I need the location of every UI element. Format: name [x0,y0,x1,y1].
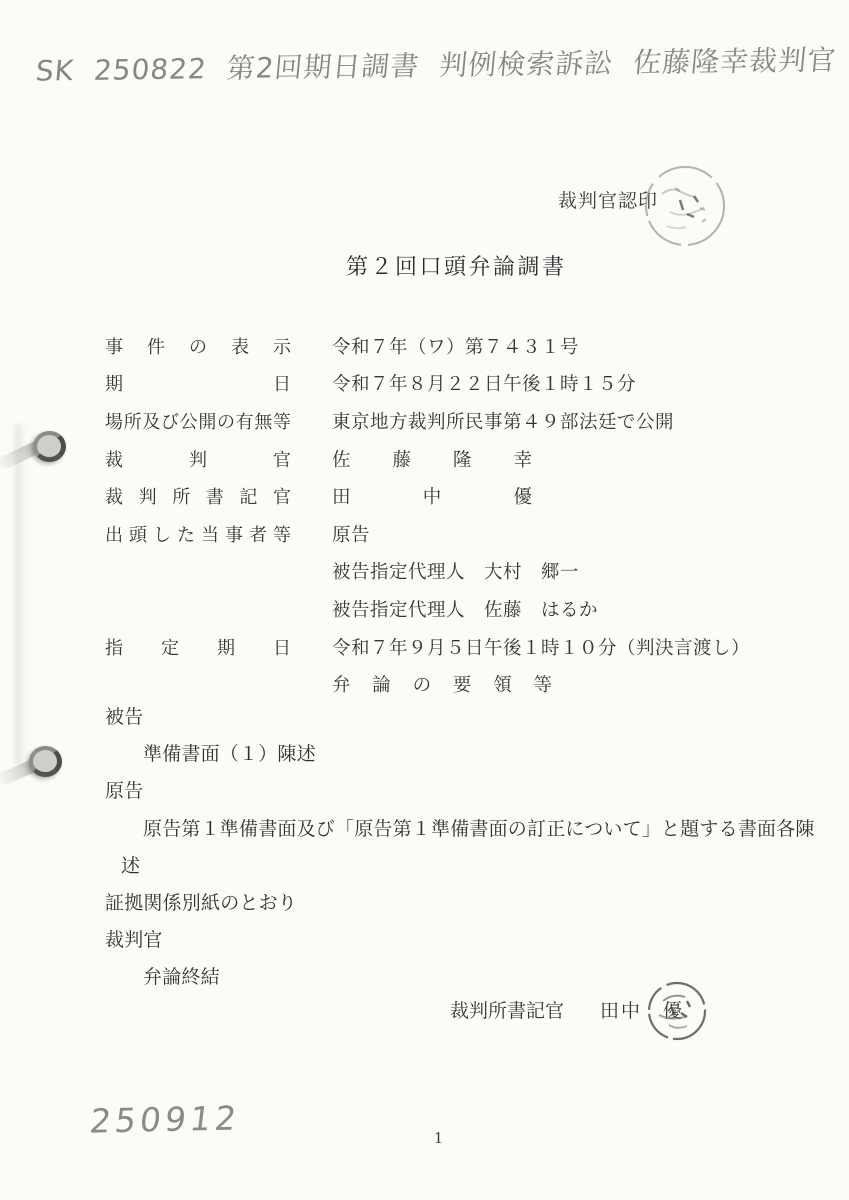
field-value: 田中優 [332,483,532,509]
clerk-signature-title: 裁判所書記官 [450,996,564,1023]
field-row: 被告指定代理人 大村 郷一 [105,553,825,591]
field-value: 被告指定代理人 佐藤 はるか [332,596,598,622]
field-value: 東京地方裁判所民事第４９部法廷で公開 [332,408,674,434]
body-line: 証拠関係別紙のとおり [105,883,835,920]
proceedings-section: 被告 準備書面（１）陳述 原告 原告第１準備書面及び「原告第１準備書面の訂正につ… [105,697,835,995]
judge-seal-stamp-icon [642,162,728,248]
body-line: 準備書面（１）陳述 [105,734,835,771]
field-row: 指定期日 令和７年９月５日午後１時１０分（判決言渡し） [105,628,825,666]
case-fields-table: 事件の表示 令和７年（ワ）第７４３１号 期日 令和７年８月２２日午後１時１５分 … [105,327,825,703]
field-value: 佐藤隆幸 [332,446,532,472]
body-line: 弁論終結 [105,957,835,994]
binder-hole [29,746,62,777]
field-row: 期日 令和７年８月２２日午後１時１５分 [105,365,825,403]
clerk-seal-stamp-icon [645,979,709,1043]
scan-edge-shadow [15,425,27,765]
binder-hole [33,431,66,462]
field-value: 原告 [332,521,370,547]
field-value: 令和７年８月２２日午後１時１５分 [332,370,636,396]
field-value: 被告指定代理人 大村 郷一 [332,558,579,584]
field-label: 期日 [105,370,291,396]
field-label: 裁判官 [105,446,291,472]
field-row: 事件の表示 令和７年（ワ）第７４３１号 [105,327,825,365]
field-label: 指定期日 [105,634,291,660]
body-line: 裁判官 [105,920,835,957]
field-label: 裁判所書記官 [105,483,291,509]
field-row: 場所及び公開の有無等 東京地方裁判所民事第４９部法廷で公開 [105,402,825,440]
body-line: 述 [105,846,835,883]
document-title: 第２回口頭弁論調書 [346,250,567,281]
page-number: 1 [434,1128,443,1148]
body-line: 原告 [105,771,835,808]
field-value: 弁論の要領等 [332,671,552,697]
handwritten-date-note: 250912 [88,1098,243,1140]
scanned-court-record-page: SK 250822 第2回期日調書 判例検索訴訟 佐藤隆幸裁判官 佐藤はるか訟務… [0,0,849,1200]
field-label: 場所及び公開の有無等 [105,408,291,434]
field-label: 出頭した当事者等 [105,521,291,547]
handwritten-top-annotation: SK 250822 第2回期日調書 判例検索訴訟 佐藤隆幸裁判官 佐藤はるか訟務… [34,38,844,89]
field-label: 事件の表示 [105,333,291,359]
field-row: 出頭した当事者等 原告 [105,515,825,553]
field-value: 令和７年９月５日午後１時１０分（判決言渡し） [332,634,750,660]
body-line: 原告第１準備書面及び「原告第１準備書面の訂正について」と題する書面各陳 [105,809,835,846]
field-row: 裁判所書記官 田中優 [105,477,825,515]
field-row: 被告指定代理人 佐藤 はるか [105,590,825,628]
field-row: 裁判官 佐藤隆幸 [105,440,825,478]
body-line: 被告 [105,697,835,734]
field-value: 令和７年（ワ）第７４３１号 [332,333,579,359]
